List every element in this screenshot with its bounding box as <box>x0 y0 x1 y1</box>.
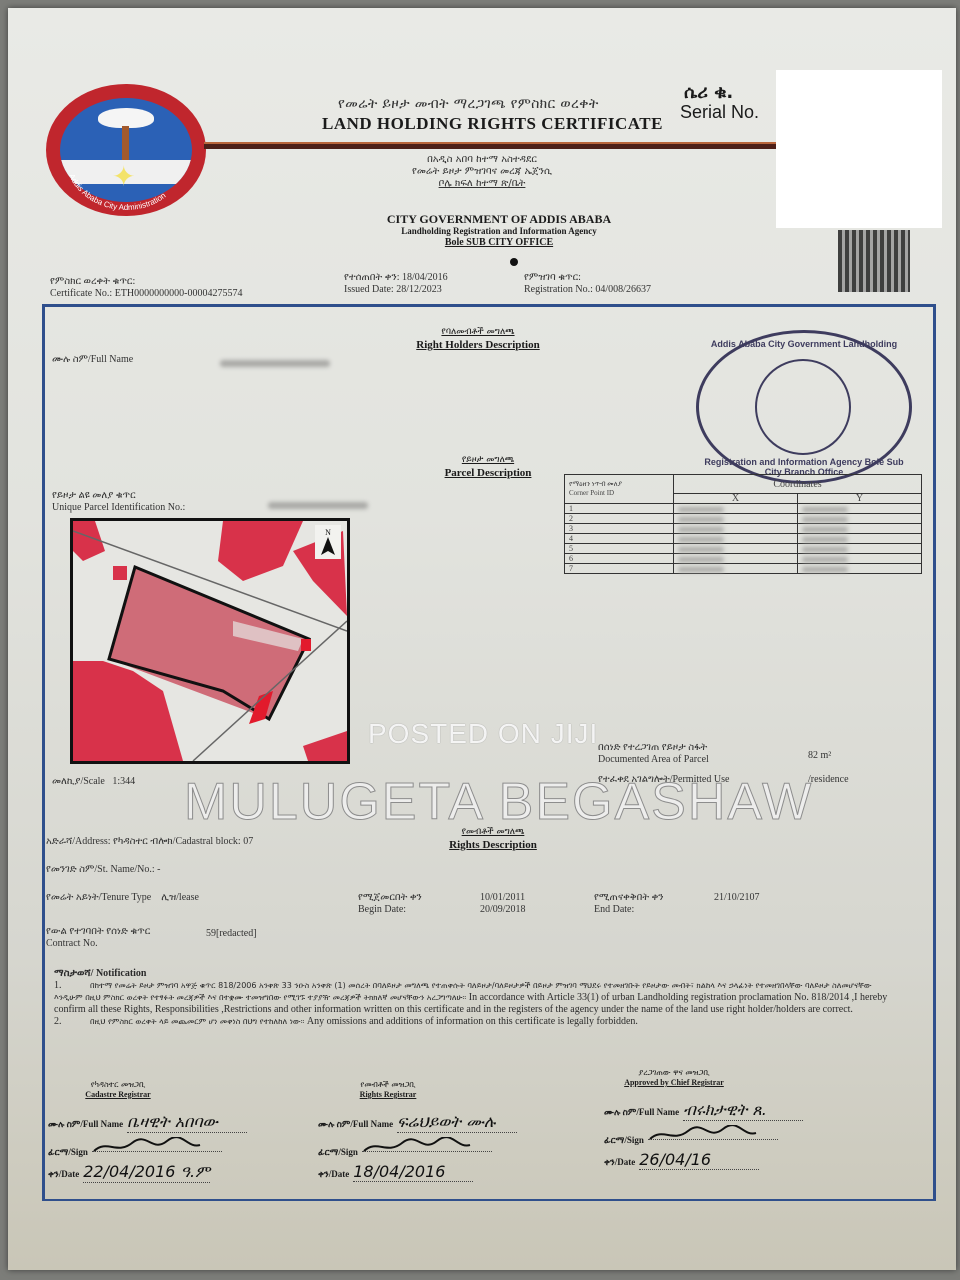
tenure-type-value: ሊዝ/lease <box>161 892 199 903</box>
coordinate-row: 7 <box>565 564 922 574</box>
full-name-label: ሙሉ ስም/Full Name <box>52 354 133 366</box>
signature-block: የካዳስተር መዝጋቢ Cadastre Registrar ሙሉ ስም/Ful… <box>48 1080 338 1183</box>
x-header: X <box>674 494 798 504</box>
signer-role: ያረጋገጠው ዋና መዝጋቢ Approved by Chief Registr… <box>604 1068 744 1088</box>
issuer-amharic-1: በአዲስ አበባ ከተማ አስተዳደር <box>8 154 956 165</box>
scale-value: 1:344 <box>112 776 135 787</box>
coordinate-row: 5 <box>565 544 922 554</box>
y-value-redacted <box>798 524 922 534</box>
watermark-owner-name: MULUGETA BEGASHAW <box>184 772 813 832</box>
y-value-redacted <box>798 514 922 524</box>
notification-item-2: 2.በዚህ የምስክር ወረቀት ላይ መጨመርም ሆነ መቀነስ በህግ የተ… <box>54 1016 896 1028</box>
upi-redacted <box>268 496 368 514</box>
certificate-title: LAND HOLDING RIGHTS CERTIFICATE <box>322 114 663 134</box>
parcel-map: N <box>70 518 350 764</box>
serial-label-amharic: ሴሪ ቁ. <box>684 82 733 103</box>
signer-name-row: ሙሉ ስም/Full Name ቤዛዊት አበባው <box>48 1112 338 1133</box>
corner-point-header: የማዕዘን ነጥብ መለያ Corner Point ID <box>565 475 674 504</box>
x-value-redacted <box>674 524 798 534</box>
official-stamp: Addis Ababa City Government Landholding … <box>696 330 912 484</box>
signer-sign-row: ፊርማ/Sign <box>318 1137 608 1160</box>
signer-name: ብሩክታዊት ጸ. <box>683 1100 803 1121</box>
begin-date-label: የሚጀመርበት ቀን Begin Date: <box>358 892 422 916</box>
signer-date-row: ቀን/Date 22/04/2016 ዓ.ም <box>48 1162 338 1183</box>
begin-date-value: 20/09/2018 <box>480 904 526 916</box>
contract-number-value: 59[redacted] <box>206 928 257 940</box>
signer-name-row: ሙሉ ስም/Full Name ፍሬህይወት ሙሉ <box>318 1112 608 1133</box>
signature-block: ያረጋገጠው ዋና መዝጋቢ Approved by Chief Registr… <box>604 1068 894 1170</box>
signer-date-row: ቀን/Date 26/04/16 <box>604 1150 894 1170</box>
y-value-redacted <box>798 564 922 574</box>
contract-number-label: የውል የተገባበት የሰነድ ቁጥር Contract No. <box>46 926 150 950</box>
issuer-amharic-2: የመሬት ይዞታ ምዝገባና መረጃ ኤጀንሲ <box>8 166 956 177</box>
x-value-redacted <box>674 534 798 544</box>
cadastral-block-value: 07 <box>243 836 253 847</box>
coordinate-row: 6 <box>565 554 922 564</box>
signature-date: 18/04/2016 <box>353 1162 473 1182</box>
signer-sign-row: ፊርማ/Sign <box>604 1125 894 1148</box>
coordinates-table: የማዕዘን ነጥብ መለያ Corner Point ID Coordinate… <box>564 474 922 574</box>
x-value-redacted <box>674 554 798 564</box>
signer-date-row: ቀን/Date 18/04/2016 <box>318 1162 608 1182</box>
x-value-redacted <box>674 544 798 554</box>
y-value-redacted <box>798 554 922 564</box>
signer-name: ፍሬህይወት ሙሉ <box>397 1112 517 1133</box>
begin-date-values: 10/01/2011 20/09/2018 <box>480 892 526 916</box>
signer-name: ቤዛዊት አበባው <box>127 1112 247 1133</box>
serial-label: Serial No. <box>680 102 759 123</box>
notification-section: ማስታወሻ/ Notification 1.በከተማ የመሬት ይዞታ ምዝገባ… <box>54 968 896 1028</box>
y-value-redacted <box>798 534 922 544</box>
issuer-english-3: Bole SUB CITY OFFICE <box>8 237 960 248</box>
certificate-number-value: ETH0000000000-00004275574 <box>115 288 243 299</box>
addis-ababa-logo: ✦ Addis Ababa City Administration <box>46 84 206 216</box>
signature-mark <box>648 1125 778 1140</box>
y-value-redacted <box>798 504 922 514</box>
stamp-emblem <box>755 359 851 455</box>
coordinate-row: 3 <box>565 524 922 534</box>
logo-ring-text: Addis Ababa City Administration <box>46 84 206 216</box>
serial-number-redaction <box>776 70 942 228</box>
permitted-use-value: /residence <box>808 774 849 786</box>
parcel-map-drawing: N <box>73 521 347 761</box>
tenure-type: የመሬት አይነት/Tenure Type ሊዝ/lease <box>46 892 199 904</box>
issuer-english-2: Landholding Registration and Information… <box>8 226 960 236</box>
dot-mark <box>510 258 518 266</box>
issued-date-value: 28/12/2023 <box>396 284 442 295</box>
signature-date: 26/04/16 <box>639 1150 759 1170</box>
title-amharic: የመሬት ይዞታ መብት ማረጋገጫ የምስክር ወረቀት <box>338 96 599 112</box>
coordinate-row: 4 <box>565 534 922 544</box>
signature-mark <box>92 1137 222 1152</box>
end-date-label: የሚጠናቀቅበት ቀን End Date: <box>594 892 664 916</box>
signer-name-row: ሙሉ ስም/Full Name ብሩክታዊት ጸ. <box>604 1100 894 1121</box>
issuer-english-1: CITY GOVERNMENT OF ADDIS ABABA <box>8 212 960 227</box>
x-value-redacted <box>674 504 798 514</box>
issued-date: የተሰጠበት ቀን: 18/04/2016 Issued Date: 28/12… <box>344 272 448 296</box>
y-header: Y <box>798 494 922 504</box>
signature-mark <box>362 1137 492 1152</box>
signer-role: የካዳስተር መዝጋቢ Cadastre Registrar <box>48 1080 188 1100</box>
x-value-redacted <box>674 564 798 574</box>
certificate-number: የምስክር ወረቀት ቁጥር: Certificate No.: ETH0000… <box>50 276 242 300</box>
coordinate-row: 2 <box>565 514 922 524</box>
x-value-redacted <box>674 514 798 524</box>
signer-sign-row: ፊርማ/Sign <box>48 1137 338 1160</box>
rights-heading: የመብቶች መግለጫ Rights Description <box>418 826 568 852</box>
title-rule <box>204 142 776 149</box>
notification-heading: ማስታወሻ/ Notification <box>54 968 896 980</box>
end-date-value: 21/10/2107 <box>714 892 760 904</box>
right-holders-heading: የባለመብቶች መግለጫ Right Holders Description <box>388 326 568 352</box>
scale: መለኪያ/Scale 1:344 <box>52 776 135 788</box>
svg-text:N: N <box>325 528 331 537</box>
coordinates-header: Coordinates <box>674 475 922 494</box>
parcel-heading: የይዞታ መግለጫ Parcel Description <box>418 454 558 480</box>
certificate-document: ✦ Addis Ababa City Administration የመሬት ይ… <box>8 8 956 1270</box>
registration-number-value: 04/008/26637 <box>595 284 651 295</box>
upi-label: የይዞታ ልዩ መለያ ቁጥር Unique Parcel Identifica… <box>52 490 185 514</box>
documented-area-value: 82 m² <box>808 750 831 762</box>
notification-item-1: 1.በከተማ የመሬት ይዞታ ምዝገባ አዋጅ ቁጥር 818/2006 አን… <box>54 980 896 1016</box>
signature-block: የመብቶች መዝጋቢ Rights Registrar ሙሉ ስም/Full N… <box>318 1080 608 1182</box>
issuer-amharic-3: ቦሌ ክፍለ ከተማ ጽ/ቤት <box>8 178 956 189</box>
y-value-redacted <box>798 544 922 554</box>
registration-number: የምዝገባ ቁጥር: Registration No.: 04/008/2663… <box>524 272 651 296</box>
address: አድራሻ/Address: የካዳስተር ብሎክ/Cadastral block… <box>46 836 253 848</box>
coordinate-row: 1 <box>565 504 922 514</box>
street-name: የመንገድ ስም/St. Name/No.: - <box>46 864 160 876</box>
signer-role: የመብቶች መዝጋቢ Rights Registrar <box>318 1080 458 1100</box>
documented-area-label: በሰነድ የተረጋገጠ የይዞታ ስፋት Documented Area of … <box>598 742 709 766</box>
signature-date: 22/04/2016 ዓ.ም <box>83 1162 210 1183</box>
full-name-redacted <box>220 354 330 372</box>
watermark-posted-on: POSTED ON JIJI <box>368 718 598 750</box>
